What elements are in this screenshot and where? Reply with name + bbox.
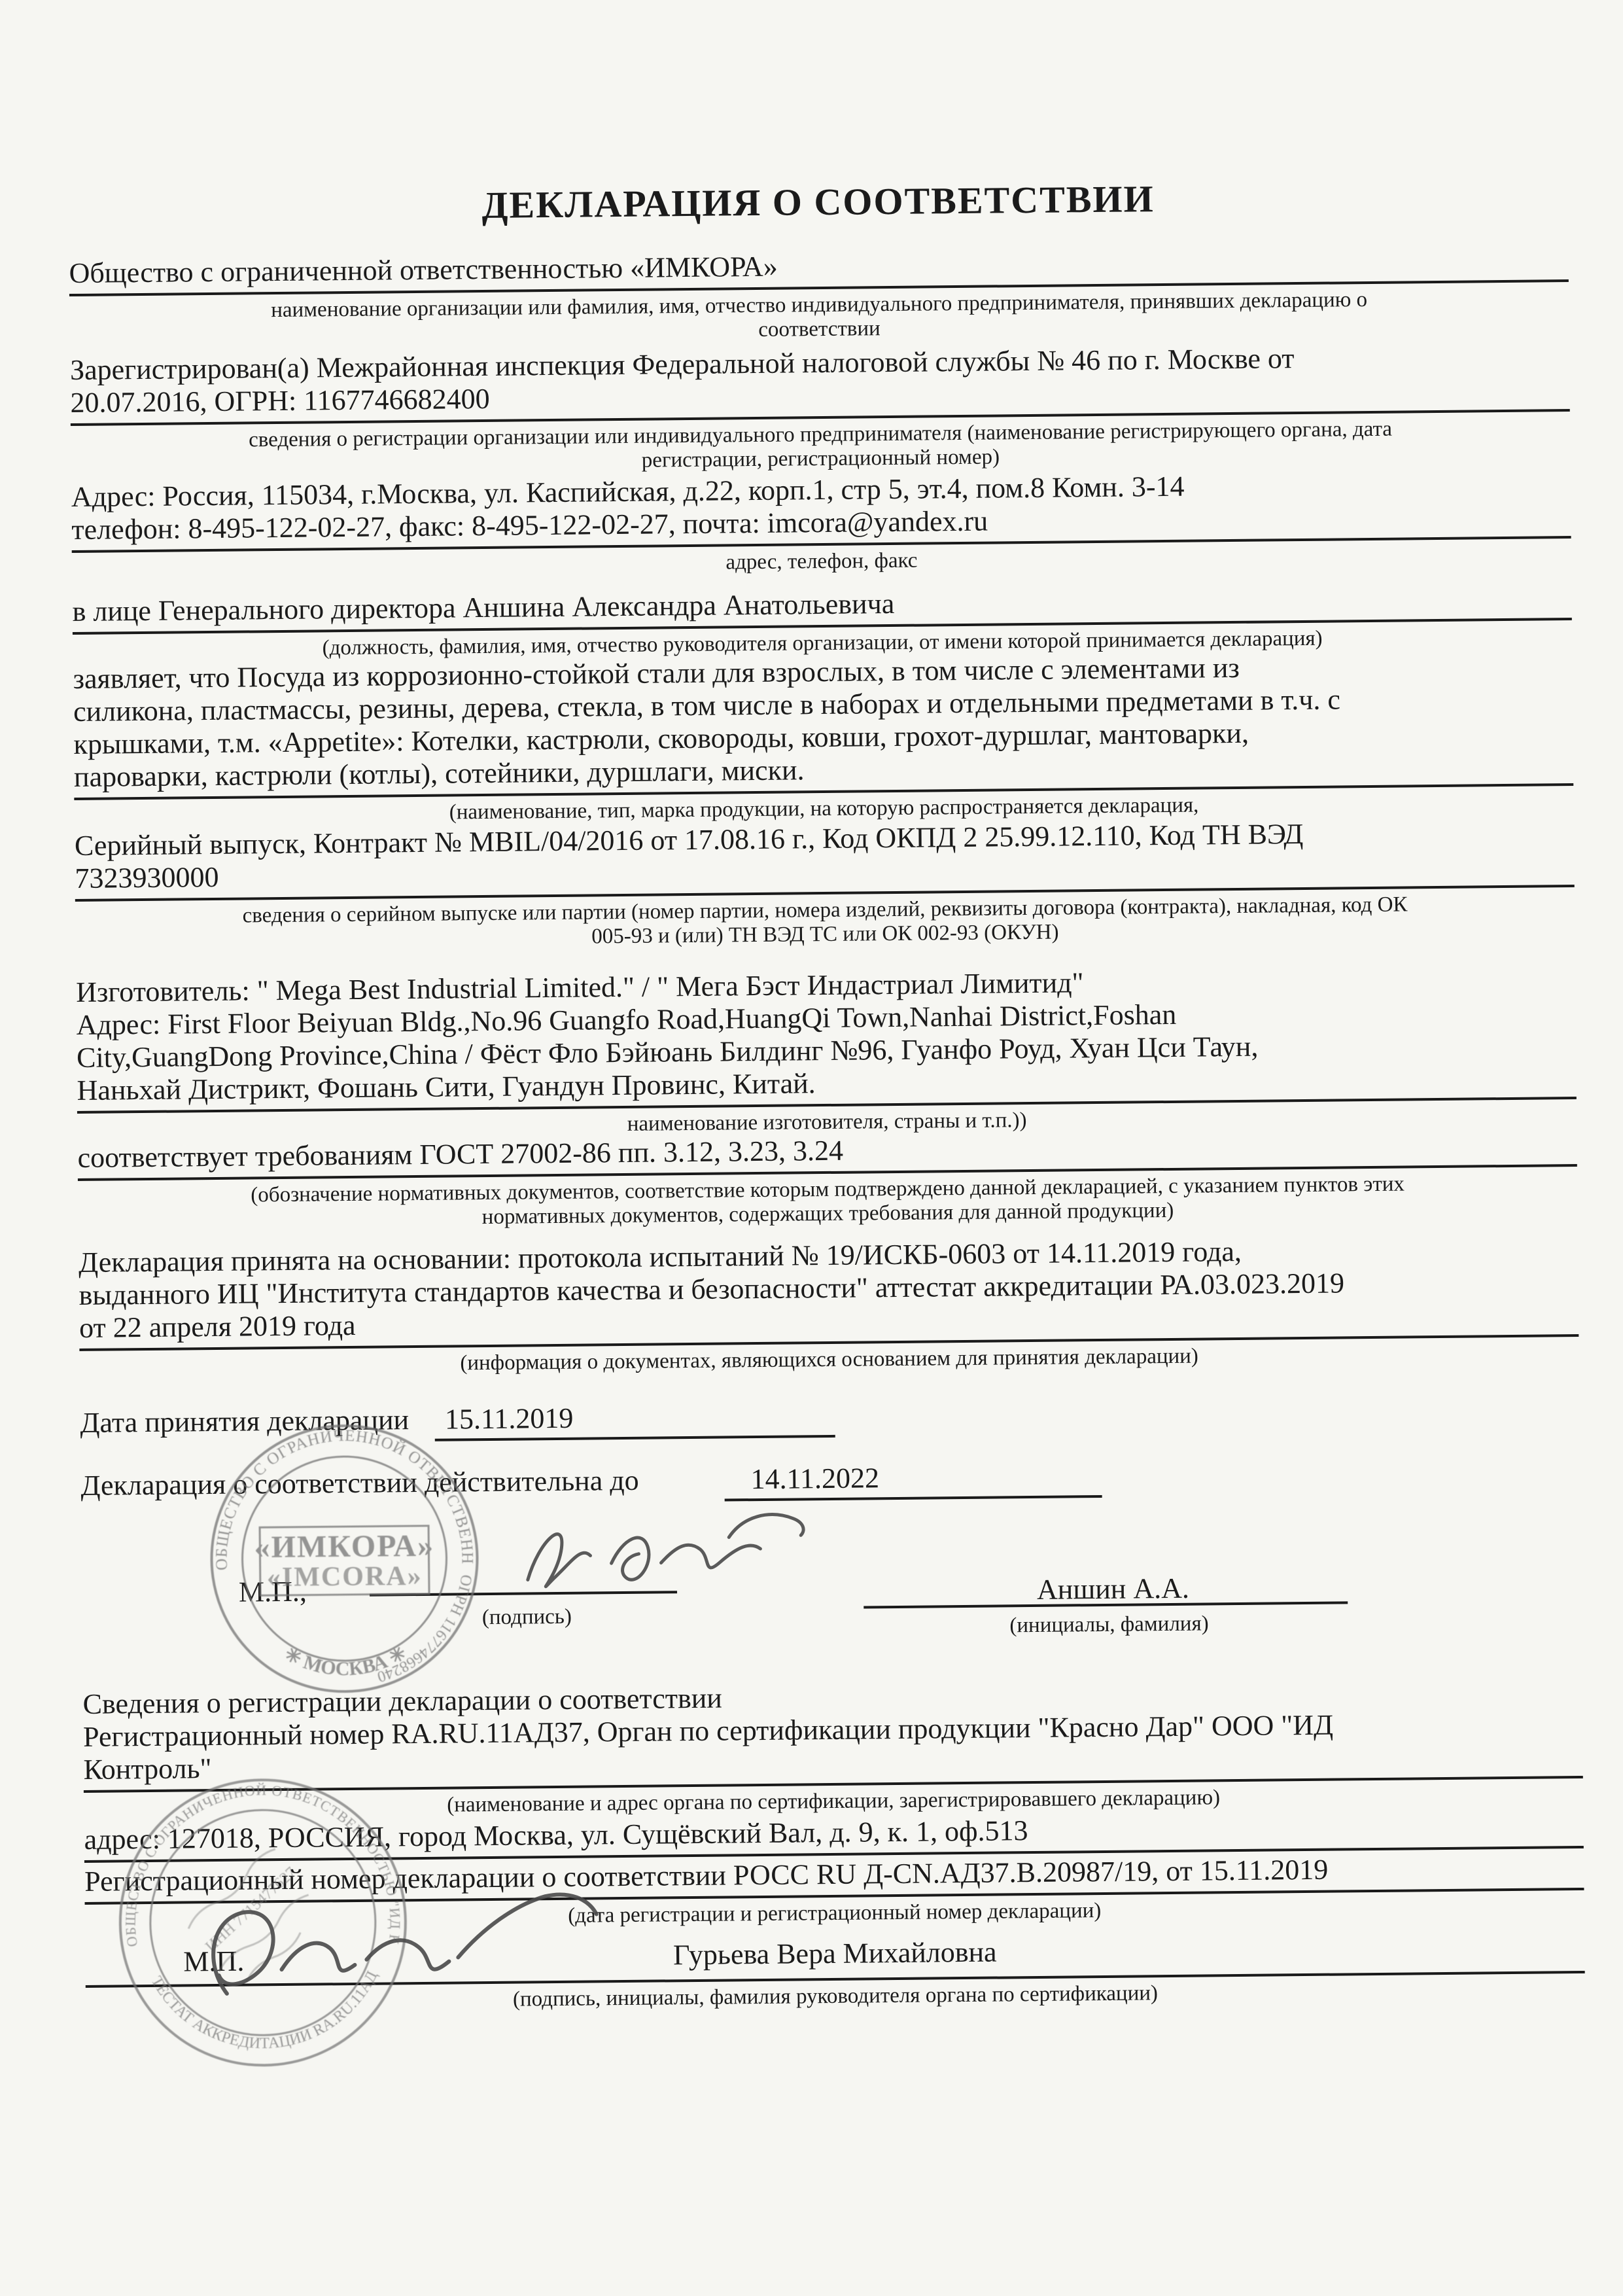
certifier-signature — [163, 1880, 622, 2009]
director-signature — [513, 1498, 815, 1619]
document-title: ДЕКЛАРАЦИЯ О СООТВЕТСТВИИ — [68, 173, 1568, 231]
serial-caption: сведения о серийном выпуске или партии (… — [75, 891, 1575, 954]
signer-caption: (инициалы, фамилия) — [952, 1612, 1266, 1639]
serial-info: Серийный выпуск, Контракт № MBIL/04/2016… — [75, 815, 1575, 902]
product-description: заявляет, что Посуда из коррозионно-стой… — [73, 648, 1573, 800]
imcora-round-stamp: ОБЩЕСТВО С ОГРАНИЧЕННОЙ ОТВЕТСТВЕННОСТЬЮ… — [202, 1417, 486, 1701]
manufacturer-address: Адрес: First Floor Beiyuan Bldg.,No.96 G… — [76, 995, 1576, 1114]
adoption-date-value: 15.11.2019 — [434, 1400, 835, 1441]
declarant-name-caption: наименование организации или фамилия, им… — [69, 286, 1569, 349]
requirement-caption: (обозначение нормативных документов, соо… — [78, 1171, 1578, 1233]
document-content: ДЕКЛАРАЦИЯ О СООТВЕТСТВИИ Общество с огр… — [67, 0, 1585, 2016]
registration-info: Зарегистрирован(а) Межрайонная инспекция… — [70, 340, 1570, 426]
scanned-declaration-page: ДЕКЛАРАЦИЯ О СООТВЕТСТВИИ Общество с огр… — [0, 0, 1623, 2296]
basis-paragraph: Декларация принята на основании: протоко… — [79, 1232, 1579, 1351]
stamp-center-name-ru: «ИМКОРА» — [254, 1528, 434, 1565]
valid-until-value: 14.11.2022 — [724, 1460, 1102, 1502]
signer-name: Аншин А.А. — [1037, 1572, 1189, 1606]
stamp-center-name-en: «IMCORA» — [267, 1561, 423, 1593]
